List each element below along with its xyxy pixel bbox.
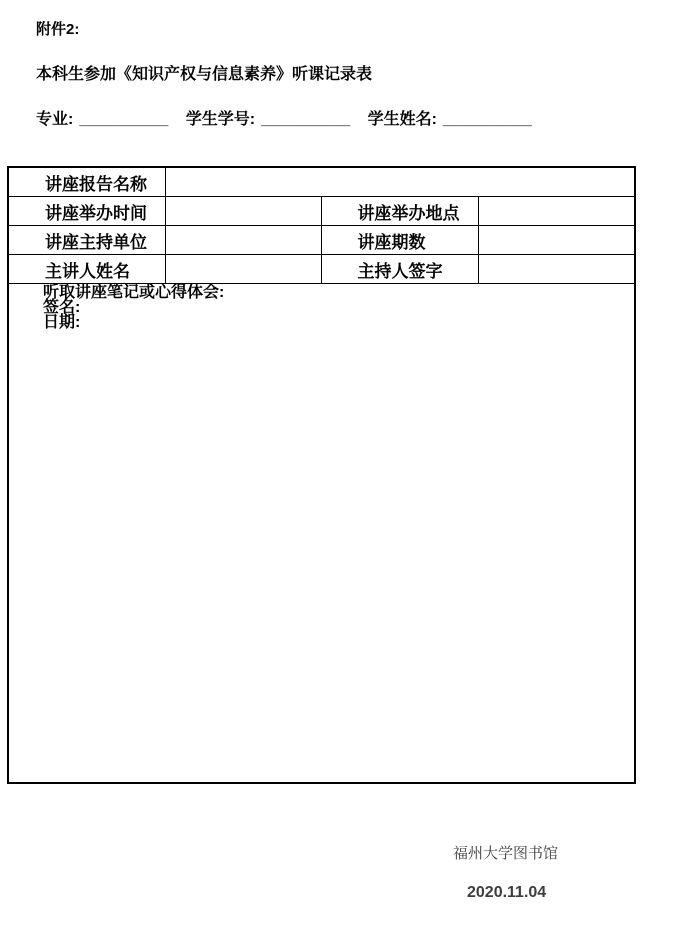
major-blank[interactable]: __________ — [79, 111, 168, 128]
notes-prompt: 听取讲座笔记或心得体会: — [43, 285, 634, 300]
major-label: 专业: — [36, 111, 73, 128]
form-title: 本科生参加《知识产权与信息素养》听课记录表 — [36, 61, 372, 84]
major-field: 专业:__________ — [36, 111, 168, 128]
table-row-notes: 听取讲座笔记或心得体会: 签名: 日期: — [8, 284, 635, 784]
cell-input-host-unit[interactable] — [165, 226, 321, 255]
footer-date: 2020.11.04 — [467, 884, 546, 902]
attachment-label: 附件2: — [36, 18, 79, 39]
student-name-label: 学生姓名: — [368, 111, 437, 128]
footer-organization: 福州大学图书馆 — [453, 842, 558, 863]
notes-cell[interactable]: 听取讲座笔记或心得体会: 签名: 日期: — [8, 284, 635, 784]
cell-input-lecture-location[interactable] — [478, 197, 635, 226]
cell-label-host-signature: 主持人签字 — [321, 255, 478, 284]
student-info-line: 专业:__________ 学生学号:__________ 学生姓名:_____… — [36, 106, 545, 129]
cell-label-lecture-title: 讲座报告名称 — [8, 167, 165, 197]
table-row-time-location: 讲座举办时间 讲座举办地点 — [8, 197, 635, 226]
student-id-field: 学生学号:__________ — [186, 111, 350, 128]
student-name-blank[interactable]: __________ — [443, 111, 532, 128]
table-row-speaker-signature: 主讲人姓名 主持人签字 — [8, 255, 635, 284]
signature-label: 签名: — [43, 300, 634, 315]
cell-label-host-unit: 讲座主持单位 — [8, 226, 165, 255]
cell-label-lecture-location: 讲座举办地点 — [321, 197, 478, 226]
table-row-lecture-title: 讲座报告名称 — [8, 167, 635, 197]
cell-input-lecture-time[interactable] — [165, 197, 321, 226]
cell-input-host-signature[interactable] — [478, 255, 635, 284]
student-id-label: 学生学号: — [186, 111, 255, 128]
table-row-host-issue: 讲座主持单位 讲座期数 — [8, 226, 635, 255]
cell-label-speaker-name: 主讲人姓名 — [8, 255, 165, 284]
lecture-record-table: 讲座报告名称 讲座举办时间 讲座举办地点 讲座主持单位 讲座期数 主讲人姓名 主… — [7, 166, 636, 784]
cell-label-lecture-time: 讲座举办时间 — [8, 197, 165, 226]
date-label: 日期: — [43, 315, 634, 330]
cell-input-lecture-issue[interactable] — [478, 226, 635, 255]
cell-input-lecture-title[interactable] — [165, 167, 635, 197]
student-name-field: 学生姓名:__________ — [368, 111, 532, 128]
cell-label-lecture-issue: 讲座期数 — [321, 226, 478, 255]
cell-input-speaker-name[interactable] — [165, 255, 321, 284]
student-id-blank[interactable]: __________ — [261, 111, 350, 128]
